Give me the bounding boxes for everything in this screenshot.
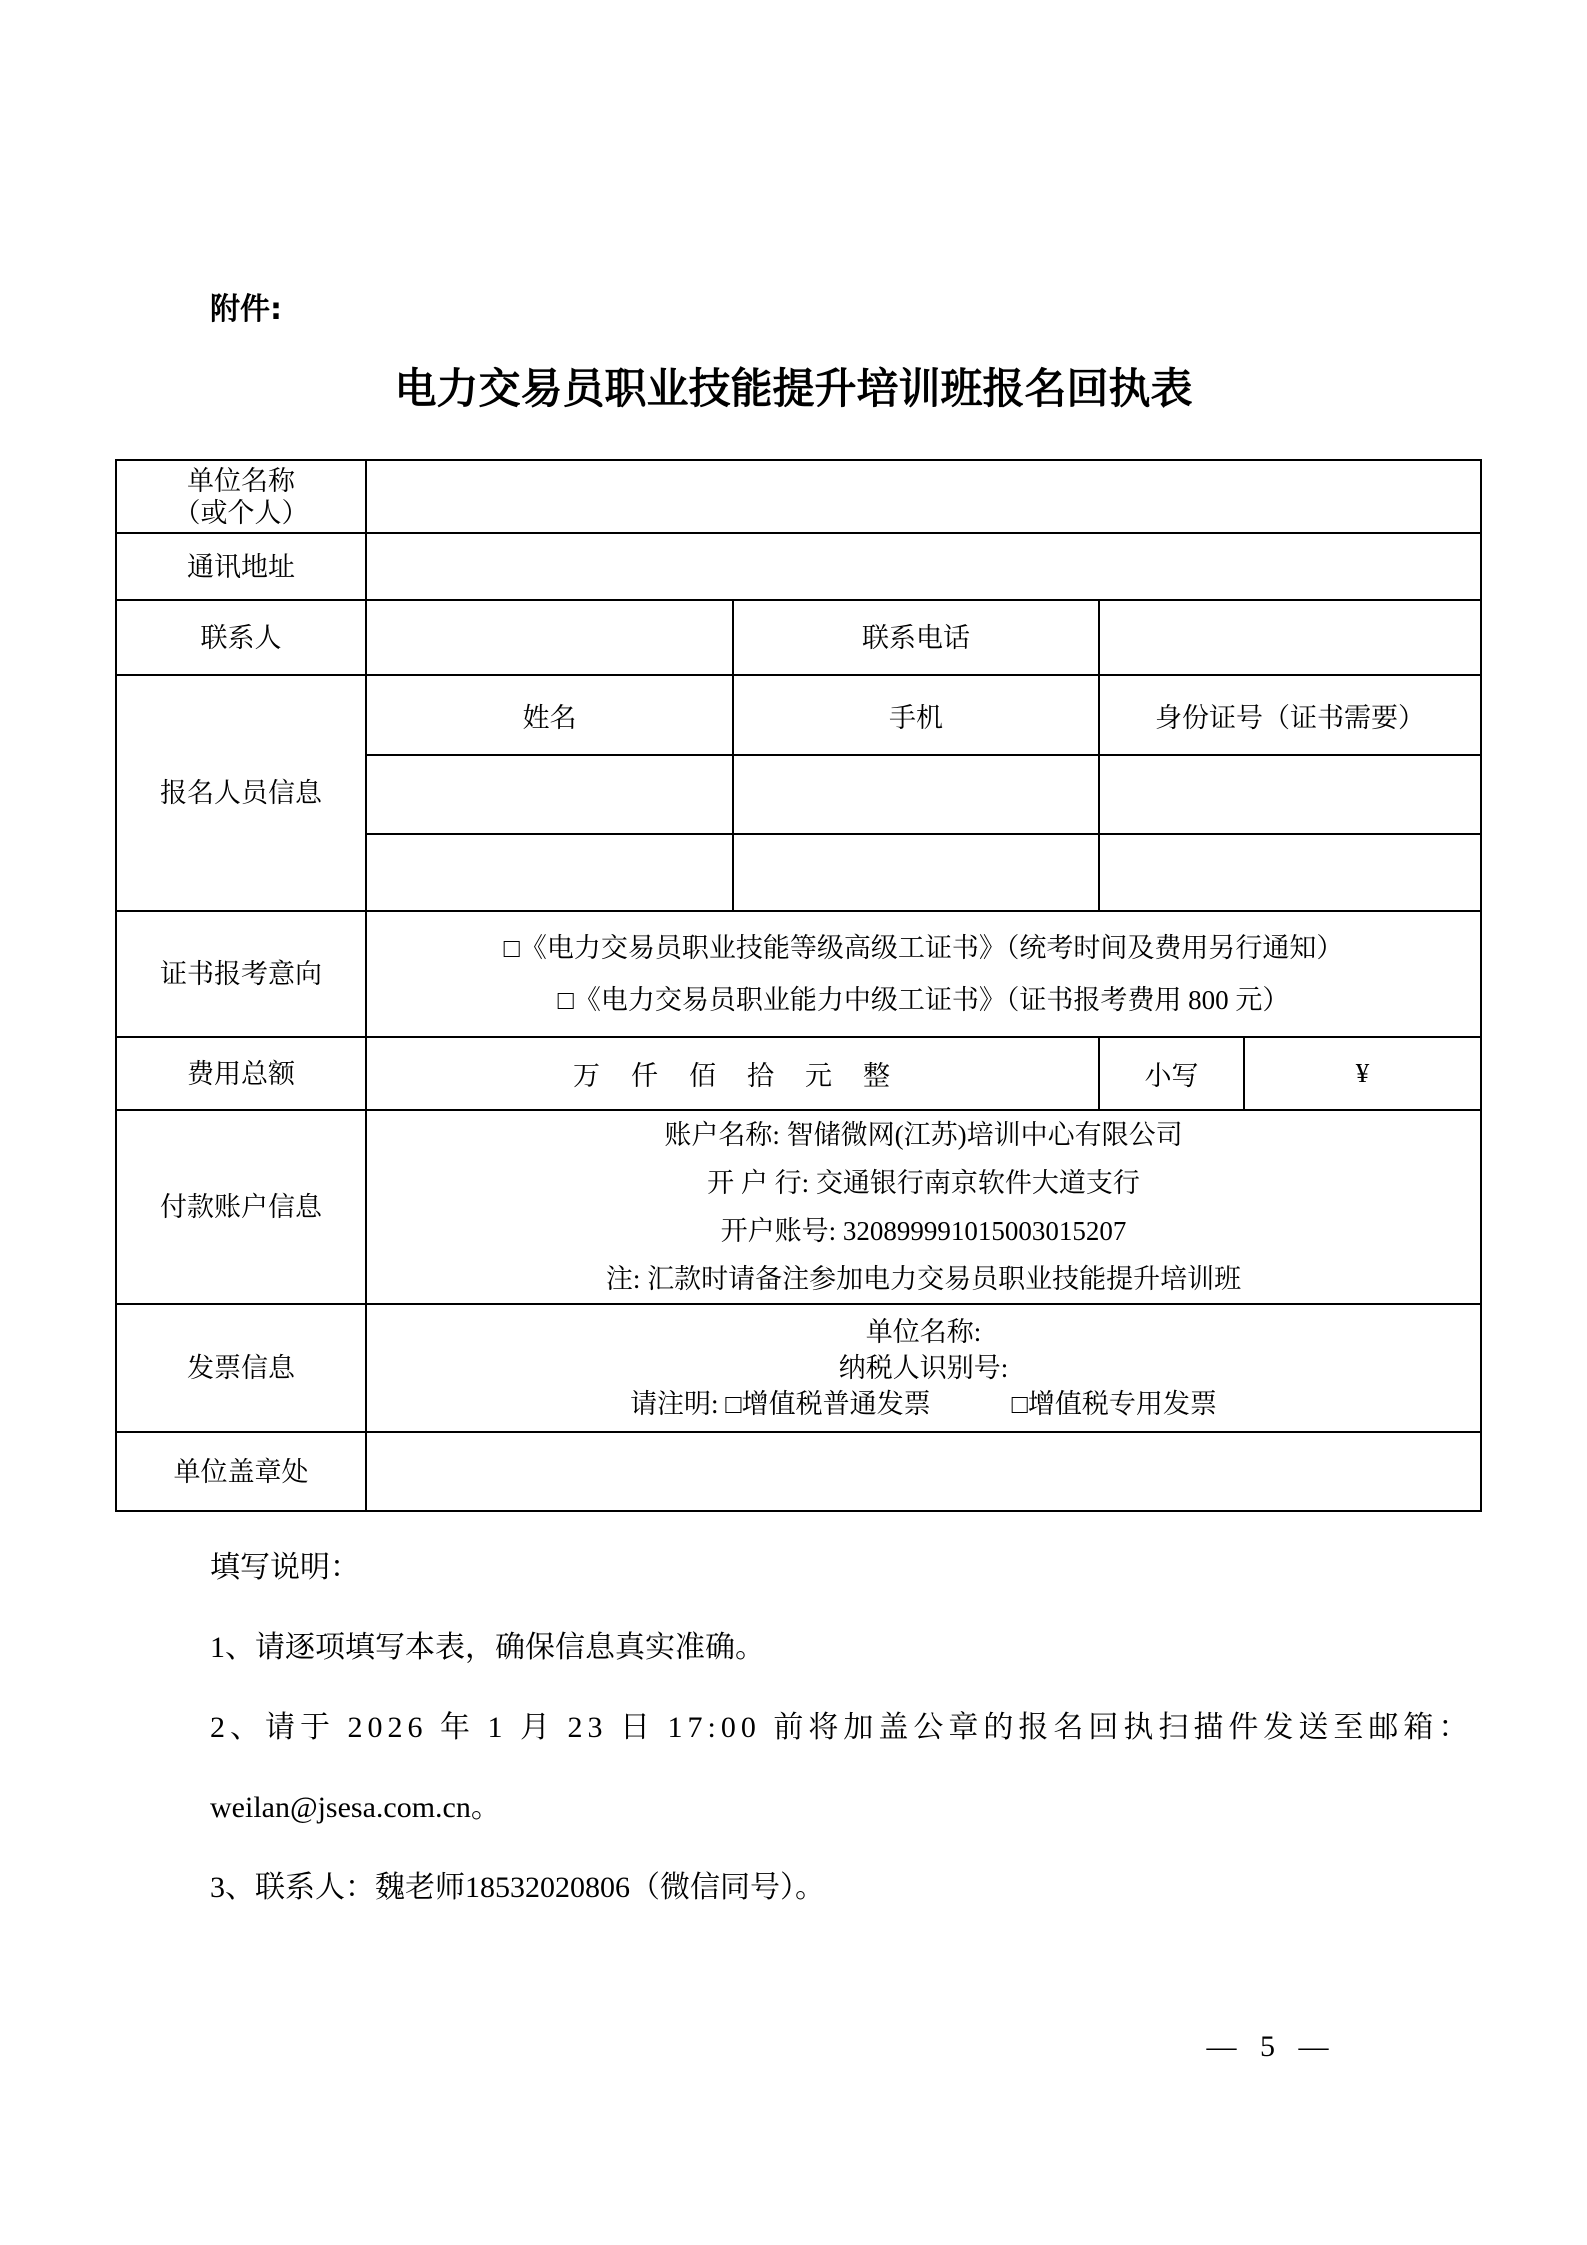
unit-name-label-cell: 单位名称 （或个人） xyxy=(116,460,366,533)
row-stamp: 单位盖章处 xyxy=(116,1432,1481,1511)
fill-instructions: 填写说明： 1、请逐项填写本表，确保信息真实准确。 2、请于 2026 年 1 … xyxy=(210,1551,1480,1951)
unit-name-label-line2: （或个人） xyxy=(117,497,365,529)
row-contact: 联系人 联系电话 xyxy=(116,600,1481,675)
instructions-heading: 填写说明： xyxy=(210,1551,1480,1585)
row-unit-name: 单位名称 （或个人） xyxy=(116,460,1481,533)
participant1-mobile-cell xyxy=(733,755,1099,834)
invoice-unit-name: 单位名称: xyxy=(367,1314,1480,1350)
invoice-details-cell: 单位名称: 纳税人识别号: 请注明: □增值税普通发票 □增值税专用发票 xyxy=(366,1304,1481,1432)
row-payment-account: 付款账户信息 账户名称: 智储微网(江苏)培训中心有限公司 开 户 行: 交通银… xyxy=(116,1110,1481,1304)
cert-option-1: □《电力交易员职业技能等级高级工证书》（统考时间及费用另行通知） xyxy=(367,922,1480,974)
payment-details-cell: 账户名称: 智储微网(江苏)培训中心有限公司 开 户 行: 交通银行南京软件大道… xyxy=(366,1110,1481,1304)
col-header-name: 姓名 xyxy=(366,675,733,755)
stamp-label-cell: 单位盖章处 xyxy=(116,1432,366,1511)
row-participants-header: 报名人员信息 姓名 手机 身份证号（证书需要） xyxy=(116,675,1481,755)
cert-options-cell: □《电力交易员职业技能等级高级工证书》（统考时间及费用另行通知） □《电力交易员… xyxy=(366,911,1481,1037)
fee-currency-cell: ¥ xyxy=(1244,1037,1481,1110)
participant2-id-cell xyxy=(1099,834,1481,911)
address-value-cell xyxy=(366,533,1481,600)
invoice-type-options: 请注明: □增值税普通发票 □增值税专用发票 xyxy=(367,1386,1480,1422)
participant2-mobile-cell xyxy=(733,834,1099,911)
stamp-area-cell xyxy=(366,1432,1481,1511)
row-cert-intention: 证书报考意向 □《电力交易员职业技能等级高级工证书》（统考时间及费用另行通知） … xyxy=(116,911,1481,1037)
participant1-name-cell xyxy=(366,755,733,834)
instruction-item-2: 2、请于 2026 年 1 月 23 日 17:00 前将加盖公章的报名回执扫描… xyxy=(210,1711,1480,1745)
payment-bank: 开 户 行: 交通银行南京软件大道支行 xyxy=(367,1159,1480,1207)
document-page: 附件: 电力交易员职业技能提升培训班报名回执表 单位名称 （或个人） 通讯地址 … xyxy=(0,0,1587,2245)
participants-label-cell: 报名人员信息 xyxy=(116,675,366,911)
participant1-id-cell xyxy=(1099,755,1481,834)
col-header-id: 身份证号（证书需要） xyxy=(1099,675,1481,755)
payment-account-number: 开户账号: 320899991015003015207 xyxy=(367,1207,1480,1255)
cert-option-2: □《电力交易员职业能力中级工证书》（证书报考费用 800 元） xyxy=(367,974,1480,1026)
instruction-item-1: 1、请逐项填写本表，确保信息真实准确。 xyxy=(210,1631,1480,1665)
contact-phone-value-cell xyxy=(1099,600,1481,675)
row-fee-total: 费用总额 万 仟 佰 拾 元 整 小写 ¥ xyxy=(116,1037,1481,1110)
contact-phone-label-cell: 联系电话 xyxy=(733,600,1099,675)
contact-label-cell: 联系人 xyxy=(116,600,366,675)
participant2-name-cell xyxy=(366,834,733,911)
payment-label-cell: 付款账户信息 xyxy=(116,1110,366,1304)
registration-form-table: 单位名称 （或个人） 通讯地址 联系人 联系电话 报名人员信息 姓名 手机 身份… xyxy=(115,459,1482,1512)
row-invoice-info: 发票信息 单位名称: 纳税人识别号: 请注明: □增值税普通发票 □增值税专用发… xyxy=(116,1304,1481,1432)
cert-label-cell: 证书报考意向 xyxy=(116,911,366,1037)
fee-amount-words-cell: 万 仟 佰 拾 元 整 xyxy=(366,1037,1099,1110)
payment-account-name: 账户名称: 智储微网(江苏)培训中心有限公司 xyxy=(367,1111,1480,1159)
payment-remark: 注: 汇款时请备注参加电力交易员职业技能提升培训班 xyxy=(367,1255,1480,1303)
address-label-cell: 通讯地址 xyxy=(116,533,366,600)
row-address: 通讯地址 xyxy=(116,533,1481,600)
invoice-label-cell: 发票信息 xyxy=(116,1304,366,1432)
page-number: — 5 — xyxy=(1185,2030,1350,2064)
invoice-taxpayer-id: 纳税人识别号: xyxy=(367,1350,1480,1386)
unit-name-label-line1: 单位名称 xyxy=(117,465,365,497)
fee-label-cell: 费用总额 xyxy=(116,1037,366,1110)
instruction-item-3: 3、联系人：魏老师18532020806（微信同号）。 xyxy=(210,1871,1480,1905)
col-header-mobile: 手机 xyxy=(733,675,1099,755)
unit-name-value-cell xyxy=(366,460,1481,533)
page-title: 电力交易员职业技能提升培训班报名回执表 xyxy=(0,366,1587,414)
attachment-label: 附件: xyxy=(210,293,282,327)
instruction-email: weilan@jsesa.com.cn。 xyxy=(210,1791,1480,1825)
contact-value-cell xyxy=(366,600,733,675)
fee-small-label-cell: 小写 xyxy=(1099,1037,1244,1110)
